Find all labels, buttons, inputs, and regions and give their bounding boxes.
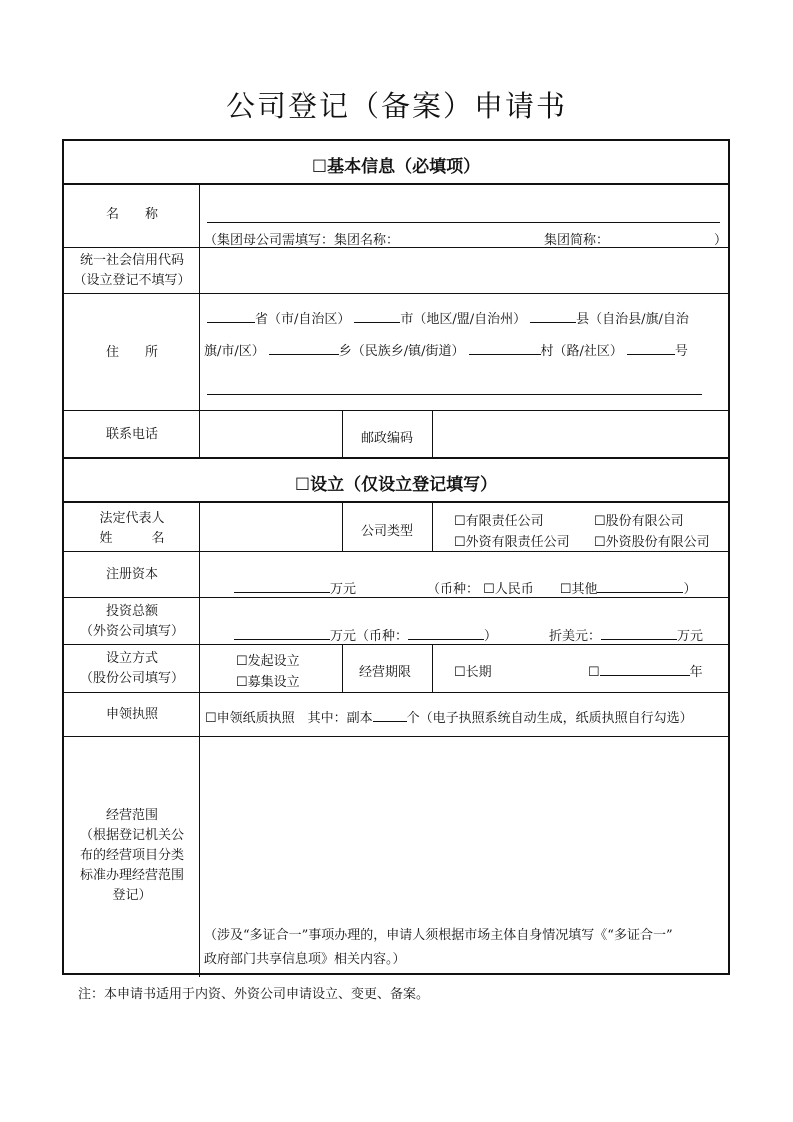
rmb-checkbox[interactable]: ☐人民币 [483, 582, 534, 597]
divider [199, 185, 200, 457]
section-basic-info-header[interactable]: ☐基本信息（必填项） [64, 152, 728, 177]
divider [64, 551, 728, 552]
capital-label: 注册资本 [64, 565, 200, 585]
application-form-table: ☐基本信息（必填项） 名 称 （集团母公司需填写：集团名称： 集团简称： ） 统… [62, 139, 730, 975]
name-input-line[interactable] [207, 222, 720, 223]
credit-label-line1: 统一社会信用代码 [64, 251, 200, 271]
investment-label: 投资总额（外资公司填写） [64, 602, 200, 642]
divider [432, 503, 433, 551]
type-foreign-joint-stock-checkbox[interactable]: ☐外资股份有限公司 [594, 531, 710, 550]
address-extra-line[interactable] [207, 394, 702, 395]
scope-label: 经营范围（根据登记机关公布的经营项目分类标准办理经营范围登记） [64, 806, 200, 906]
paper-license-checkbox[interactable]: ☐申领纸质执照 其中：副本个（电子执照系统自动生成，纸质执照自行勾选） [205, 707, 693, 726]
phone-label: 联系电话 [64, 425, 200, 445]
group-name-hint: （集团母公司需填写：集团名称： [204, 229, 399, 248]
capital-amount[interactable]: 万元 [234, 578, 356, 597]
promotion-checkbox[interactable]: ☐发起设立 [236, 650, 300, 669]
years-field[interactable]: ☐年 [588, 661, 703, 680]
investment-amount[interactable]: 万元（币种：） [234, 625, 497, 644]
footnote: 注：本申请书适用于内资、外资公司申请设立、变更、备案。 [78, 983, 429, 1002]
company-type-label: 公司类型 [361, 520, 413, 539]
credit-code-label: 统一社会信用代码 （设立登记不填写） [64, 251, 200, 291]
section-establish-header[interactable]: ☐设立（仅设立登记填写） [64, 470, 728, 495]
address-line2[interactable]: 旗/市/区）乡（民族乡/镇/街道）村（路/社区）号 [204, 340, 688, 359]
address-label: 住 所 [64, 343, 200, 363]
method-label: 设立方式（股份公司填写） [64, 649, 200, 689]
investment-usd[interactable]: 折美元：万元 [549, 625, 703, 644]
scope-note-line1: （涉及“多证合一”事项办理的，申请人须根据市场主体自身情况填写《“多证合一” [204, 924, 673, 943]
divider [342, 503, 343, 551]
credit-code-field[interactable] [204, 251, 724, 289]
name-label: 名 称 [64, 205, 200, 225]
divider [64, 247, 728, 248]
scope-note-line2: 政府部门共享信息项》相关内容。） [204, 948, 406, 967]
license-label: 申领执照 [64, 705, 200, 725]
divider [342, 645, 343, 692]
divider [64, 692, 728, 693]
postal-code-label: 邮政编码 [361, 427, 413, 446]
divider [64, 293, 728, 294]
divider [432, 411, 433, 457]
divider [64, 501, 728, 503]
long-term-checkbox[interactable]: ☐长期 [454, 661, 492, 680]
type-llc-checkbox[interactable]: ☐有限责任公司 [454, 510, 544, 529]
page-title: 公司登记（备案）申请书 [0, 84, 793, 125]
divider [64, 183, 728, 185]
divider [64, 644, 728, 645]
scope-field[interactable] [204, 741, 724, 911]
type-joint-stock-checkbox[interactable]: ☐股份有限公司 [594, 510, 684, 529]
divider [64, 457, 728, 459]
capital-currency: （币种： ☐人民币 ☐其他） [427, 578, 697, 597]
divider [64, 597, 728, 598]
divider [64, 410, 728, 411]
address-line1[interactable]: 省（市/自治区）市（地区/盟/自治州）县（自治县/旗/自治 [207, 308, 689, 327]
credit-label-line2: （设立登记不填写） [64, 271, 200, 291]
legal-rep-label: 法定代表人姓 名 [64, 509, 200, 549]
term-label: 经营期限 [359, 661, 411, 680]
hint-close: ） [714, 229, 727, 248]
type-foreign-llc-checkbox[interactable]: ☐外资有限责任公司 [454, 531, 570, 550]
other-currency-checkbox[interactable]: ☐其他 [560, 582, 598, 597]
divider [64, 736, 728, 737]
offering-checkbox[interactable]: ☐募集设立 [236, 671, 300, 690]
group-abbr-hint: 集团简称： [544, 229, 609, 248]
divider [342, 411, 343, 457]
divider [432, 645, 433, 692]
